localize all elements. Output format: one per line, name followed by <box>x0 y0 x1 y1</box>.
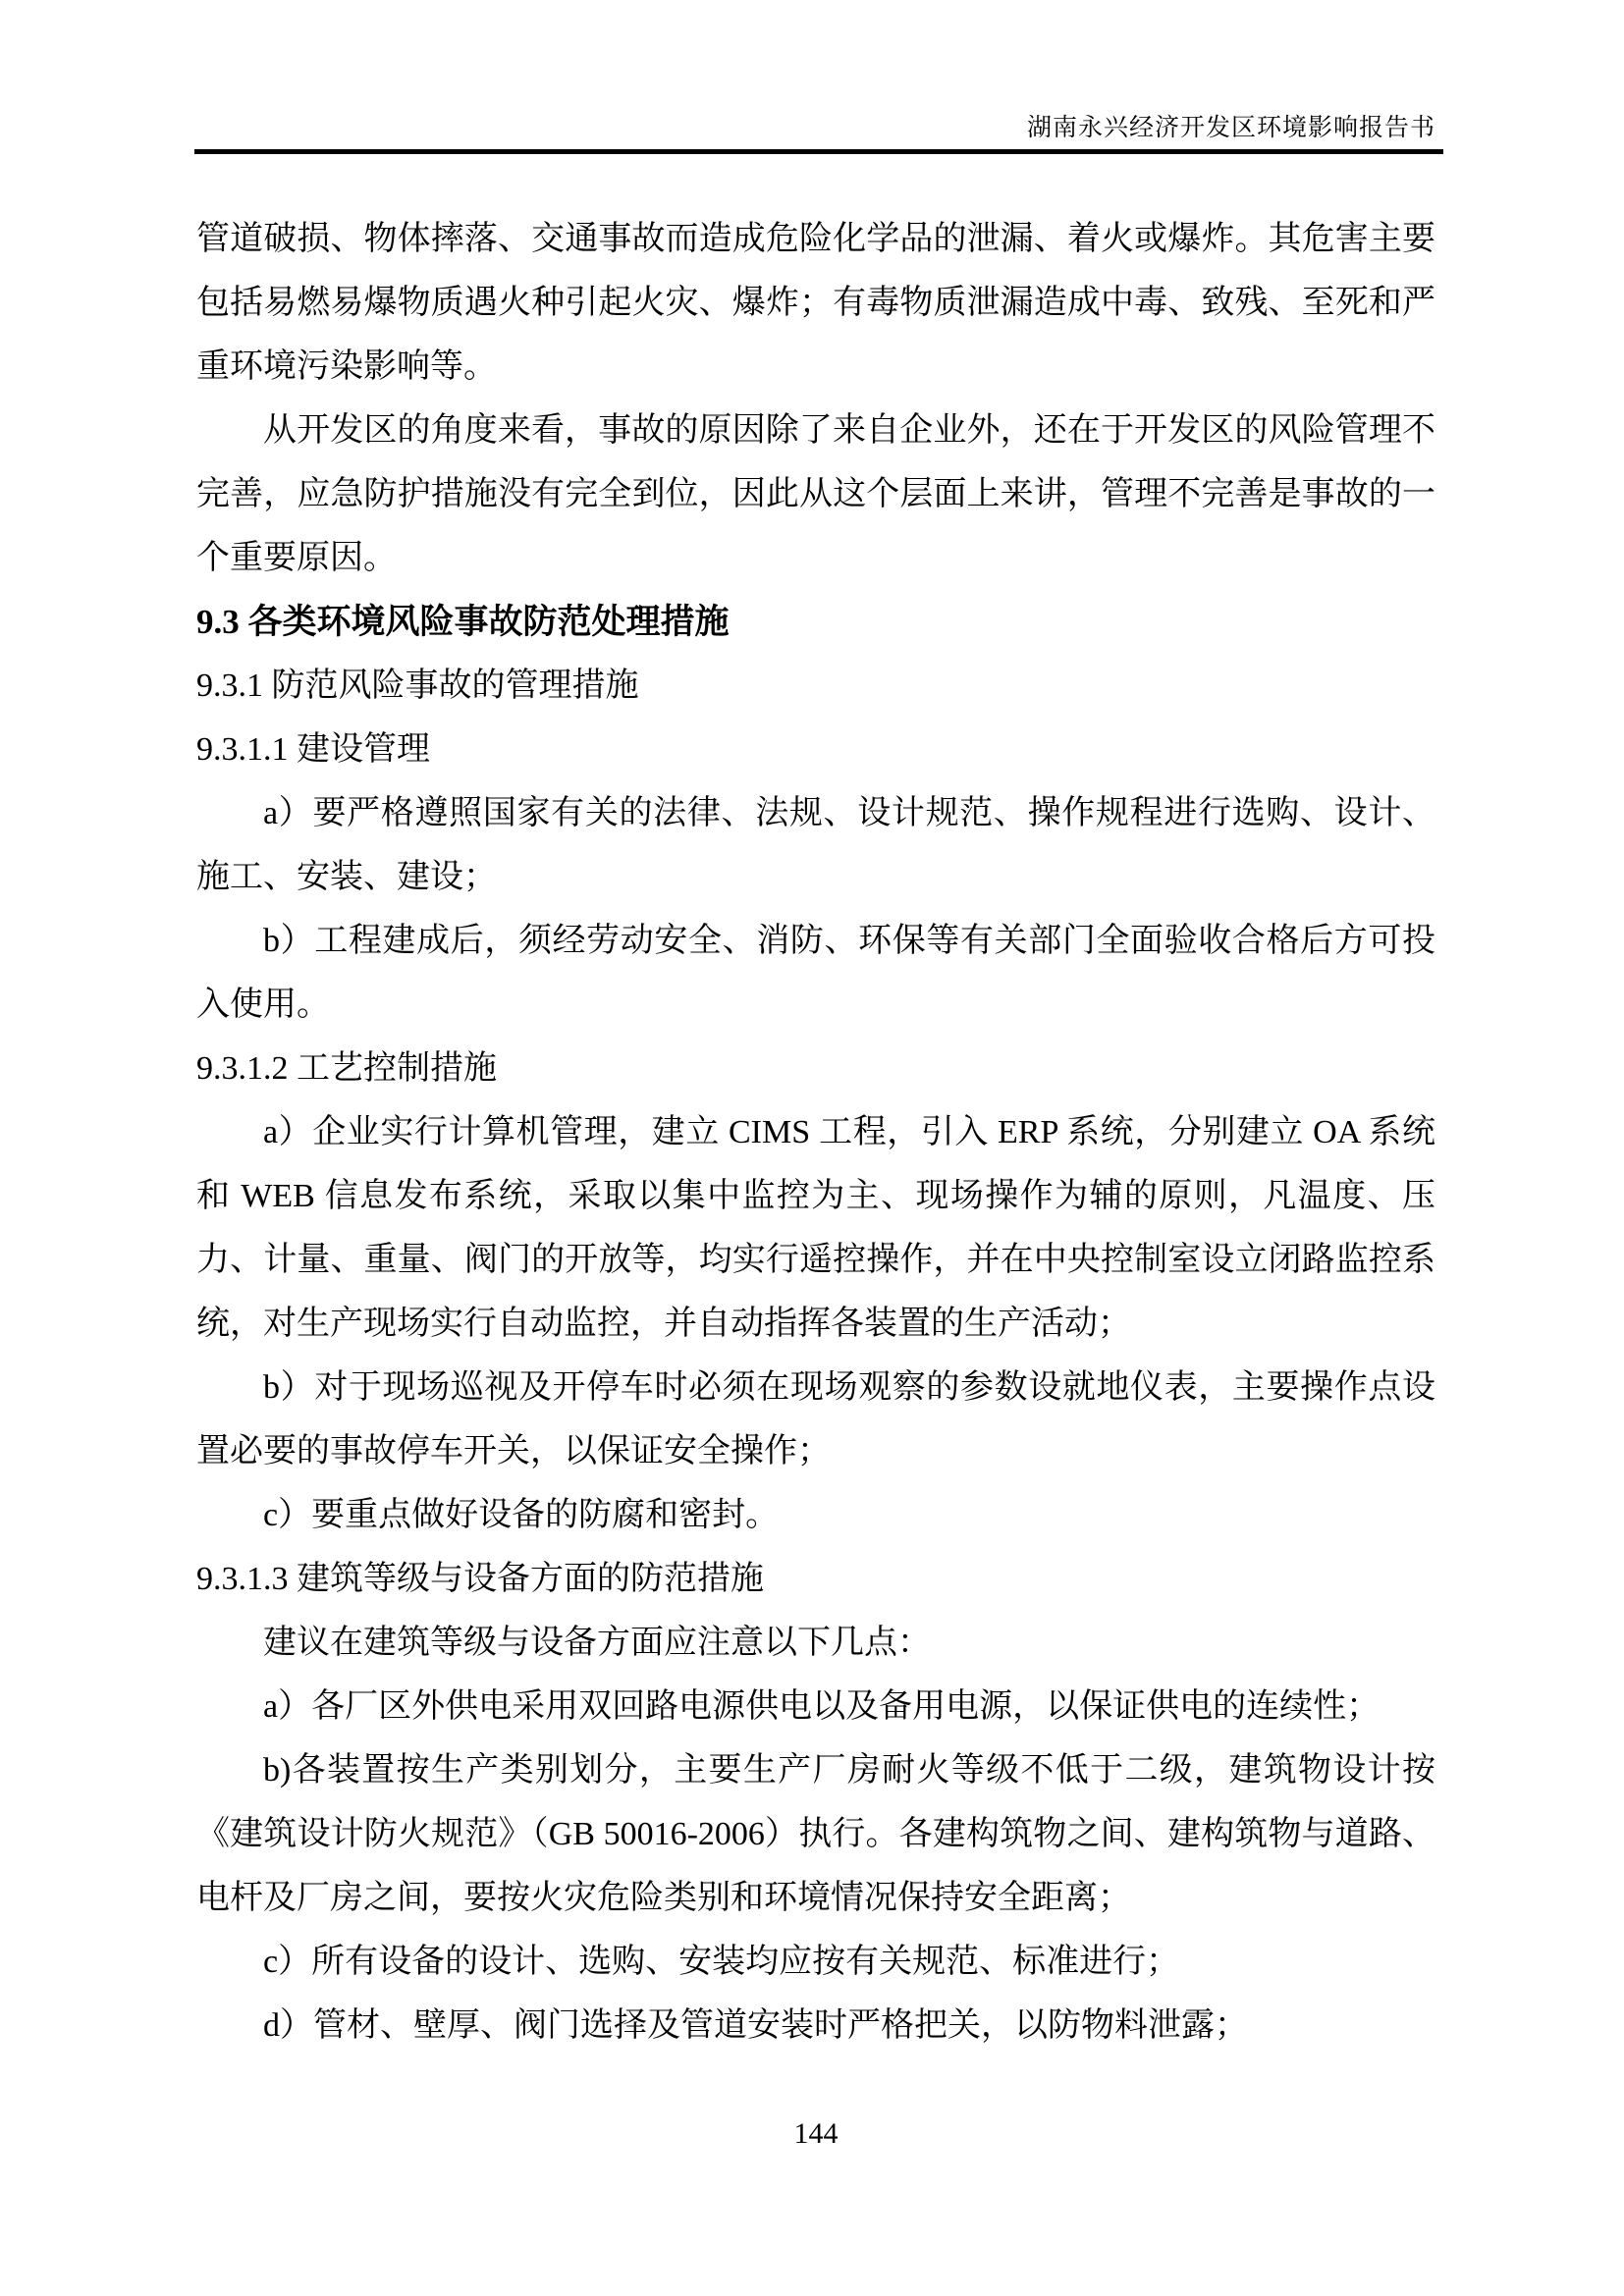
paragraph-hazard-continuation: 管道破损、物体摔落、交通事故而造成危险化学品的泄漏、着火或爆炸。其危害主要包括易… <box>196 207 1435 399</box>
document-body: 管道破损、物体摔落、交通事故而造成危险化学品的泄漏、着火或爆炸。其危害主要包括易… <box>196 207 1435 2057</box>
header-rule <box>194 149 1443 154</box>
heading-9-3: 9.3 各类环境风险事故防范处理措施 <box>196 590 1435 654</box>
list-item-process-c: c）要重点做好设备的防腐和密封。 <box>196 1483 1435 1547</box>
running-header-title: 湖南永兴经济开发区环境影响报告书 <box>1027 114 1435 143</box>
heading-9-3-1: 9.3.1 防范风险事故的管理措施 <box>196 654 1435 718</box>
paragraph-devzone-risk-management: 从开发区的角度来看，事故的原因除了来自企业外，还在于开发区的风险管理不完善，应急… <box>196 399 1435 590</box>
heading-9-3-1-2: 9.3.1.2 工艺控制措施 <box>196 1037 1435 1100</box>
list-item-building-d: d）管材、壁厚、阀门选择及管道安装时严格把关，以防物料泄露； <box>196 1994 1435 2057</box>
list-item-construction-a: a）要严格遵照国家有关的法律、法规、设计规范、操作规程进行选购、设计、施工、安装… <box>196 781 1435 909</box>
list-item-building-c: c）所有设备的设计、选购、安装均应按有关规范、标准进行； <box>196 1930 1435 1994</box>
heading-9-3-1-3: 9.3.1.3 建筑等级与设备方面的防范措施 <box>196 1547 1435 1611</box>
list-item-process-a: a）企业实行计算机管理，建立 CIMS 工程，引入 ERP 系统，分别建立 OA… <box>196 1100 1435 1356</box>
page-number: 144 <box>196 2116 1435 2152</box>
list-item-process-b: b）对于现场巡视及开停车时必须在现场观察的参数设就地仪表，主要操作点设置必要的事… <box>196 1356 1435 1483</box>
list-item-building-a: a）各厂区外供电采用双回路电源供电以及备用电源，以保证供电的连续性； <box>196 1675 1435 1738</box>
list-item-construction-b: b）工程建成后，须经劳动安全、消防、环保等有关部门全面验收合格后方可投入使用。 <box>196 909 1435 1037</box>
list-item-building-b: b)各装置按生产类别划分，主要生产厂房耐火等级不低于二级，建筑物设计按《建筑设计… <box>196 1738 1435 1930</box>
paragraph-building-intro: 建议在建筑等级与设备方面应注意以下几点： <box>196 1611 1435 1675</box>
heading-9-3-1-1: 9.3.1.1 建设管理 <box>196 718 1435 781</box>
document-page: 湖南永兴经济开发区环境影响报告书 管道破损、物体摔落、交通事故而造成危险化学品的… <box>0 0 1624 2296</box>
